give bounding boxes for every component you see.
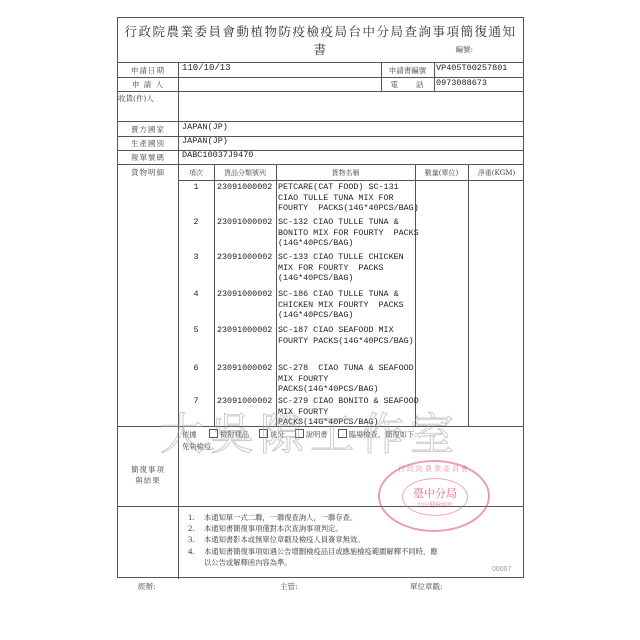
goods-item-number: 6 xyxy=(178,363,214,373)
divider xyxy=(178,506,179,579)
unit-seal-label: 單位章戳: xyxy=(410,581,443,592)
divider xyxy=(214,164,215,426)
origin-country-label: 生產國別 xyxy=(118,138,178,149)
col-header-quantity: 數量(單位) xyxy=(415,168,468,178)
goods-item-number: 1 xyxy=(178,182,214,192)
goods-item-number: 3 xyxy=(178,252,214,262)
seal-inner-ring: 臺中分局 台中港檢疫站 xyxy=(402,478,468,516)
official-seal: 行政院農業委員會 臺中分局 台中港檢疫站 xyxy=(378,460,490,532)
goods-name: SC-132 CIAO TULLE TUNA & BONITO MIX FOR … xyxy=(278,217,414,249)
divider xyxy=(276,164,277,426)
note-number: 3. xyxy=(188,534,204,545)
note-text: 以公告或解釋函內容為準。 xyxy=(204,558,292,567)
goods-item-number: 2 xyxy=(178,217,214,227)
supervisor-signature-label: 主管: xyxy=(280,581,298,592)
note-item: 3.本通知書影本或無單位章戳及檢疫人員簽章無效。 xyxy=(188,534,523,545)
goods-name: SC-278 CIAO TUNA & SEAFOOD MIX FOURTY PA… xyxy=(278,363,414,395)
goods-tariff-code: 23091000002 xyxy=(217,217,272,227)
col-header-item: 項次 xyxy=(178,168,214,178)
handler-signature-label: 經辦: xyxy=(138,581,156,592)
col-header-goods-name: 貨物名稱 xyxy=(276,168,415,178)
note-text: 本通知書影本或無單位章戳及檢疫人員簽章無效。 xyxy=(204,535,365,544)
origin-country-value: JAPAN(JP) xyxy=(182,136,228,146)
watermark-text: 大吳隙工作室 xyxy=(160,398,490,462)
goods-tariff-code: 23091000002 xyxy=(217,363,272,373)
reply-label-line2: 與結果 xyxy=(118,475,178,486)
note-item: 4.本通知書簡復事項如遇公告增刪檢疫品目或應施檢疫範圍解釋不同時，應 xyxy=(188,546,523,557)
col-header-tariff-code: 貨品分類號列 xyxy=(214,168,276,178)
note-text: 本通知書簡復事項僅對本次查詢事項判定。 xyxy=(204,524,343,533)
serial-number-label: 編號: xyxy=(455,44,473,55)
applicant-label: 申 請 人 xyxy=(118,79,178,90)
note-number: 1. xyxy=(188,512,204,523)
goods-name: SC-133 CIAO TULLE CHICKEN MIX FOR FOURTY… xyxy=(278,252,414,284)
divider xyxy=(118,91,523,92)
divider xyxy=(468,164,469,426)
divider xyxy=(118,164,523,165)
seller-country-value: JAPAN(JP) xyxy=(182,122,228,132)
declaration-number-label: 報單號碼 xyxy=(118,152,178,163)
application-date-label: 申請日期 xyxy=(118,65,178,76)
declaration-number-value: DABC10037J9470 xyxy=(182,150,253,160)
reply-label-line1: 簡復事項 xyxy=(118,464,178,475)
divider xyxy=(118,136,523,137)
goods-detail-label: 貨物明細 xyxy=(118,167,178,178)
goods-name: SC-186 CIAO TULLE TUNA & CHICKEN MIX FOU… xyxy=(278,289,414,321)
goods-tariff-code: 23091000002 xyxy=(217,182,272,192)
seal-ring-text: 行政院農業委員會 xyxy=(380,464,488,474)
form-code: 00007 xyxy=(492,566,511,573)
phone-value: 0973088673 xyxy=(436,78,487,88)
note-text: 本通知單一式二聯，一聯復查詢人，一聯存查。 xyxy=(204,513,357,522)
goods-tariff-code: 23091000002 xyxy=(217,325,272,335)
goods-name: SC-187 CIAO SEAFOOD MIX FOURTY PACKS(14G… xyxy=(278,325,414,346)
application-number-value: VP405T00257801 xyxy=(436,63,507,73)
note-text: 本通知書簡復事項如遇公告增刪檢疫品目或應施檢疫範圍解釋不同時，應 xyxy=(204,547,438,556)
note-number: 4. xyxy=(188,546,204,557)
goods-name: PETCARE(CAT FOOD) SC-131 CIAO TULLE TUNA… xyxy=(278,182,414,214)
consignee-label: 收貨(件)人 xyxy=(118,93,178,104)
divider xyxy=(118,150,523,151)
divider xyxy=(118,121,523,122)
goods-item-number: 5 xyxy=(178,325,214,335)
seal-center-text: 臺中分局 xyxy=(403,485,467,501)
note-number: 2. xyxy=(188,523,204,534)
goods-tariff-code: 23091000002 xyxy=(217,252,272,262)
goods-tariff-code: 23091000002 xyxy=(217,289,272,299)
application-date-value: 110/10/13 xyxy=(182,63,231,73)
goods-item-number: 4 xyxy=(178,289,214,299)
col-header-net-weight: 淨重(KGM) xyxy=(468,168,525,178)
note-item: 以公告或解釋函內容為準。 xyxy=(188,557,523,568)
divider xyxy=(178,180,523,181)
seller-country-label: 賣方國家 xyxy=(118,124,178,135)
application-number-label: 申請書編號 xyxy=(381,65,434,76)
seal-sub-text: 台中港檢疫站 xyxy=(403,500,467,509)
note-item: 2.本通知書簡復事項僅對本次查詢事項判定。 xyxy=(188,523,523,534)
phone-label: 電 話 xyxy=(381,79,434,90)
